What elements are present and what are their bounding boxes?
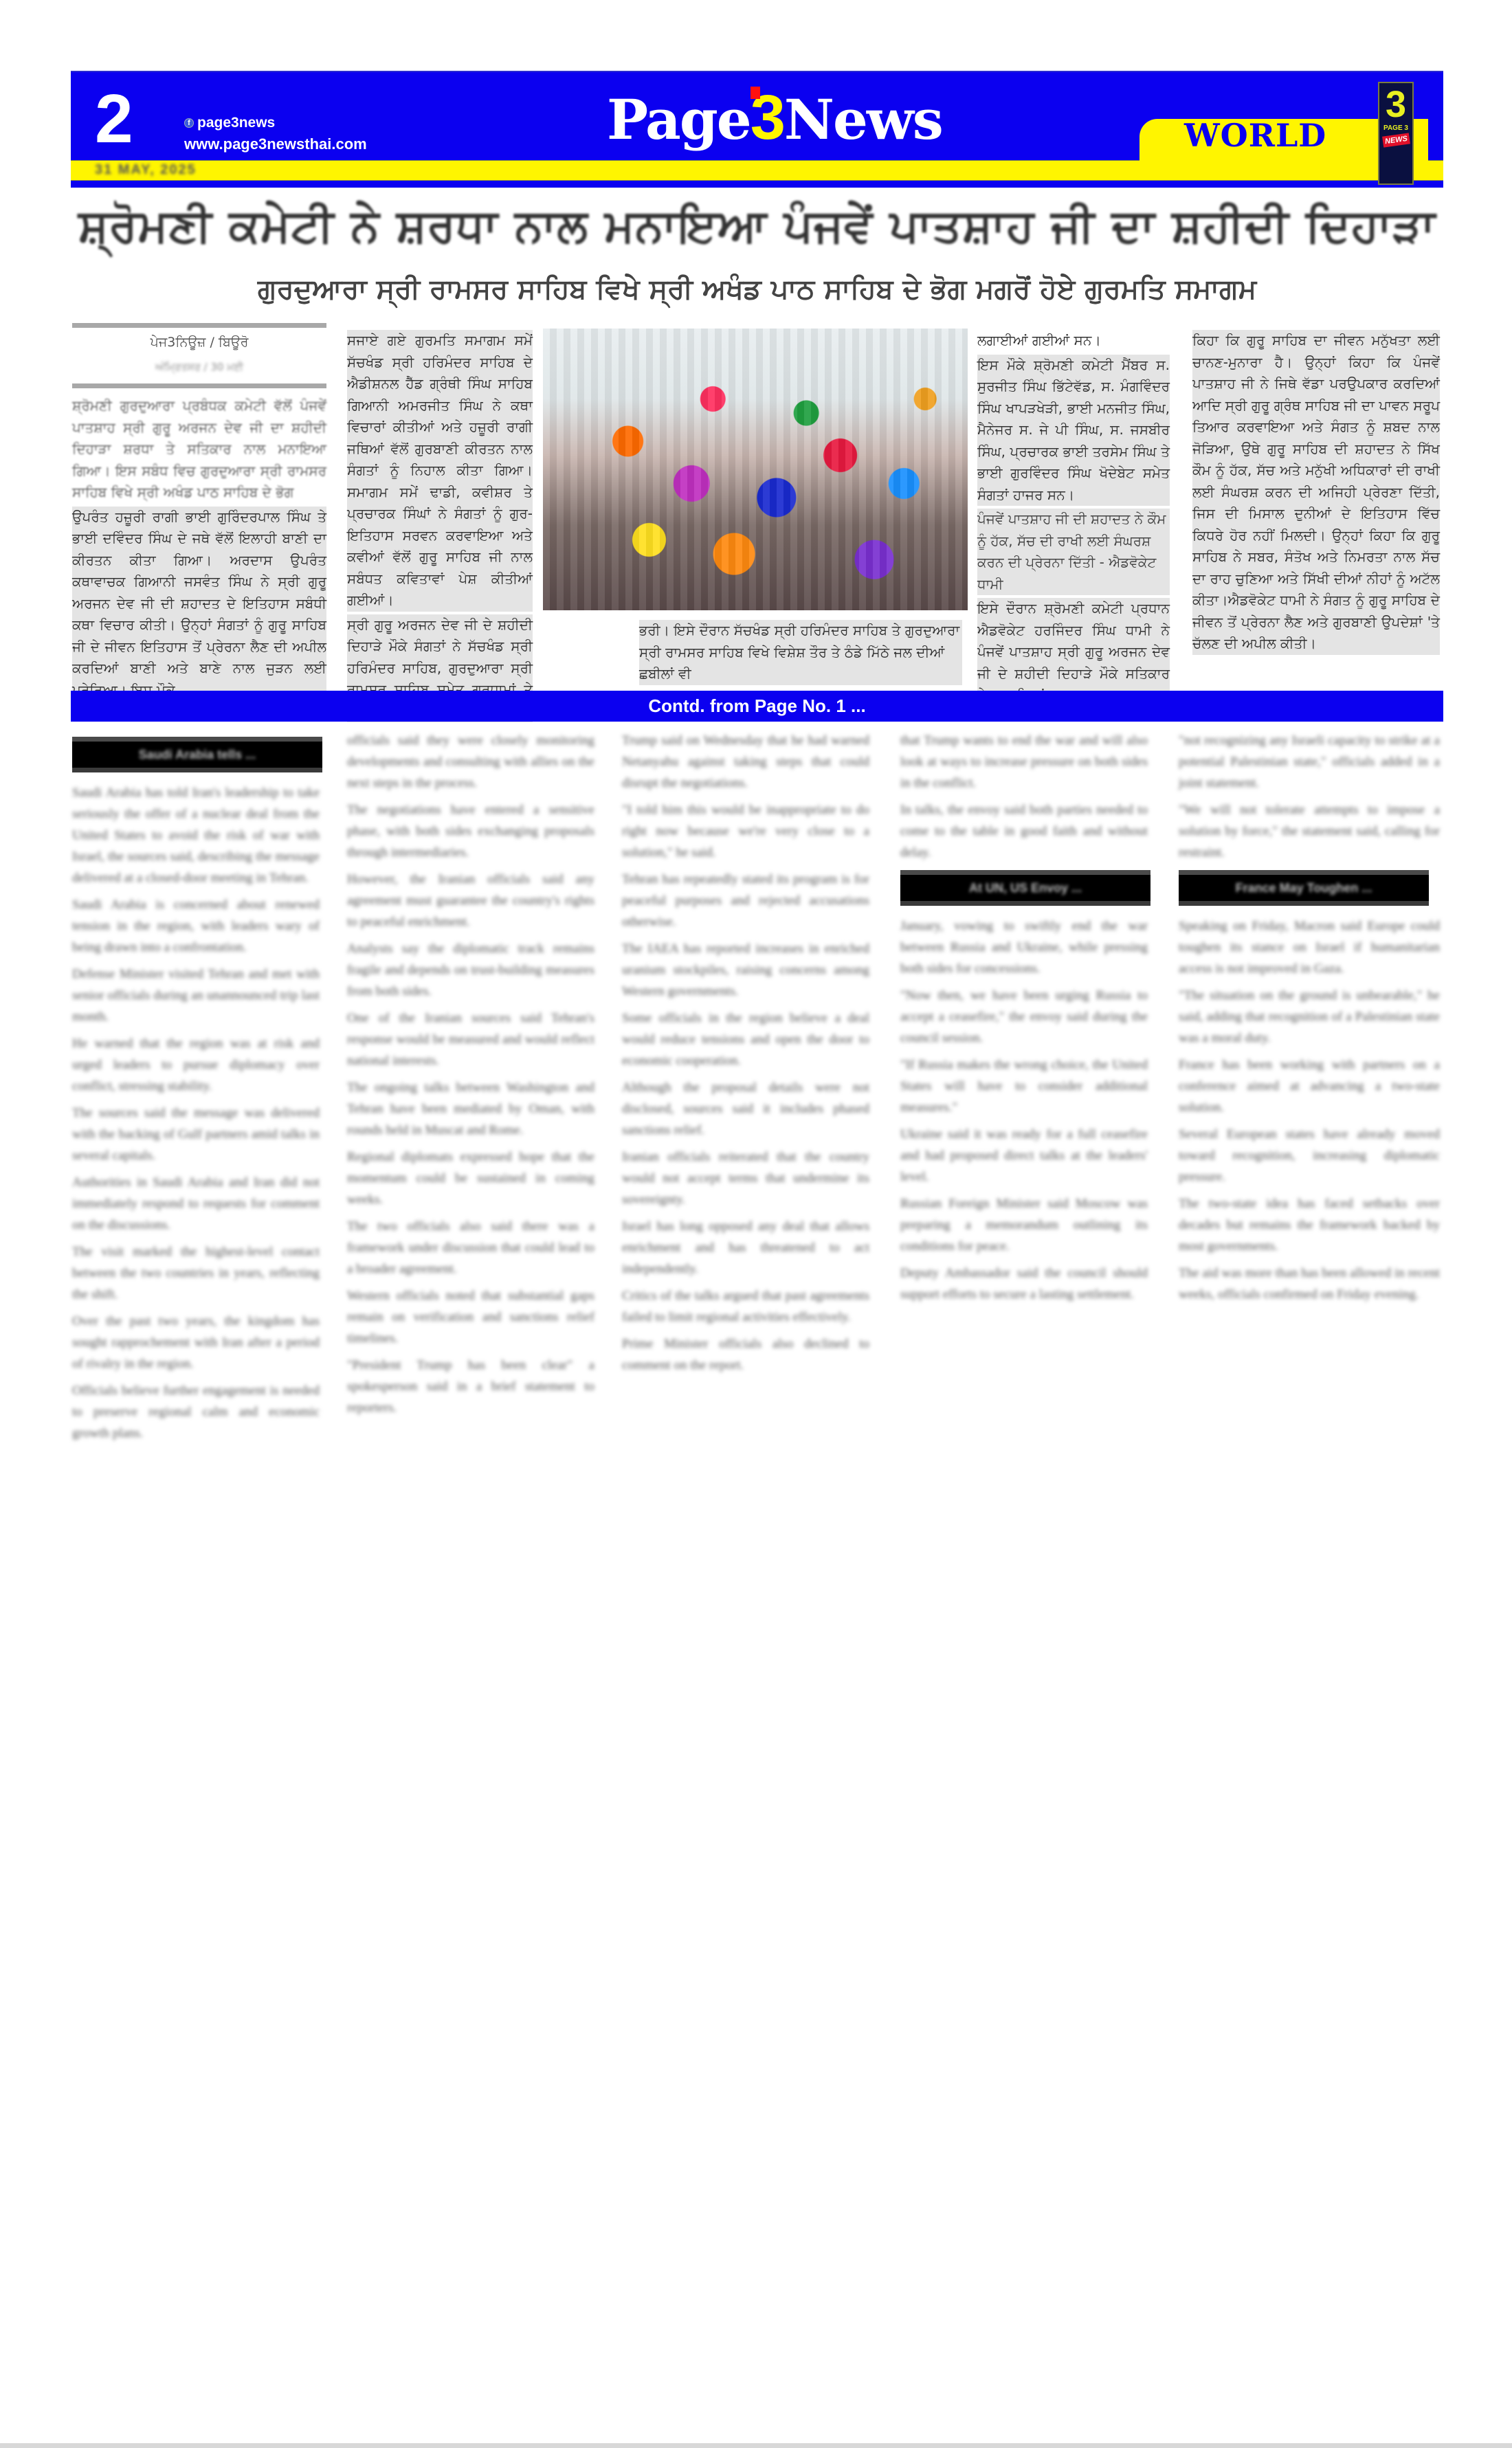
continued-from-page-1-bar: Contd. from Page No. 1 ...	[71, 691, 1443, 722]
paragraph: ਕਿਹਾ ਕਿ ਗੁਰੂ ਸਾਹਿਬ ਦਾ ਜੀਵਨ ਮਨੁੱਖਤਾ ਲਈ ਚਾ…	[1192, 330, 1440, 655]
byline: ਪੇਜ3ਨਿਊਜ਼ / ਬਿਊਰੋ	[72, 332, 326, 354]
paragraph: ਇਸ ਮੌਕੇ ਸ਼੍ਰੋਮਣੀ ਕਮੇਟੀ ਮੈਂਬਰ ਸ. ਸੁਰਜੀਤ ਸ…	[977, 355, 1170, 507]
lead-headline: ਸ਼੍ਰੋਮਣੀ ਕਮੇਟੀ ਨੇ ਸ਼ਰਧਾ ਨਾਲ ਮਨਾਇਆ ਪੰਜਵੇਂ…	[71, 199, 1443, 254]
continued-section-label: France May Toughen ...	[1179, 870, 1429, 906]
page-number: 2	[95, 85, 133, 153]
page-bottom-rule	[0, 2443, 1512, 2448]
lead-subheadline: ਗੁਰਦੁਆਰਾ ਸ੍ਰੀ ਰਾਮਸਰ ਸਾਹਿਬ ਵਿਖੇ ਸ੍ਰੀ ਅਖੰਡ…	[71, 274, 1443, 305]
paragraph: ਇਸੇ ਦੌਰਾਨ ਸ਼੍ਰੋਮਣੀ ਕਮੇਟੀ ਪ੍ਰਧਾਨ ਐਡਵੋਕੇਟ …	[977, 598, 1170, 706]
section-title: WORLD	[1184, 117, 1326, 154]
byline-box: ਪੇਜ3ਨਿਊਜ਼ / ਬਿਊਰੋ ਅੰਮ੍ਰਿਤਸਰ / 30 ਮਈ	[72, 323, 326, 388]
lead-column-1: ਪੇਜ3ਨਿਊਜ਼ / ਬਿਊਰੋ ਅੰਮ੍ਰਿਤਸਰ / 30 ਮਈ ਸ਼੍ਰ…	[72, 323, 326, 704]
paragraph: ਭਰੀ। ਇਸੇ ਦੌਰਾਨ ਸੱਚਖੰਡ ਸ੍ਰੀ ਹਰਿਮੰਦਰ ਸਾਹਿਬ…	[639, 620, 962, 685]
continued-column-4: that Trump wants to end the war and will…	[900, 730, 1148, 1311]
paragraph: ਸਜਾਏ ਗਏ ਗੁਰਮਤਿ ਸਮਾਗਮ ਸਮੇਂ ਸੱਚਖੰਡ ਸ੍ਰੀ ਹਰ…	[347, 330, 533, 612]
masthead: 2 f page3news www.page3newsthai.com 31 M…	[71, 71, 1443, 188]
page3-badge-logo: 3 PAGE 3 NEWS	[1378, 82, 1414, 185]
lead-column-2: ਸਜਾਏ ਗਏ ਗੁਰਮਤਿ ਸਮਾਗਮ ਸਮੇਂ ਸੱਚਖੰਡ ਸ੍ਰੀ ਹਰ…	[347, 330, 533, 725]
website-link[interactable]: www.page3newsthai.com	[184, 135, 367, 153]
newspaper-logo: Page3News	[607, 86, 942, 149]
facebook-icon: f	[184, 118, 194, 128]
lead-column-3: ਲਗਾਈਆਂ ਗਈਆਂ ਸਨ। ਇਸ ਮੌਕੇ ਸ਼੍ਰੋਮਣੀ ਕਮੇਟੀ ਮ…	[977, 330, 1170, 709]
lead-column-4: ਕਿਹਾ ਕਿ ਗੁਰੂ ਸਾਹਿਬ ਦਾ ਜੀਵਨ ਮਨੁੱਖਤਾ ਲਈ ਚਾ…	[1192, 330, 1440, 658]
issue-date: 31 MAY, 2025	[95, 162, 197, 178]
continued-column-3: Trump said on Wednesday that he had warn…	[622, 730, 869, 1381]
continued-column-1: Saudi Arabia tells ... Saudi Arabia has …	[72, 730, 320, 1449]
facebook-handle: page3news	[197, 115, 275, 131]
quote-subhead: ਪੰਜਵੇਂ ਪਾਤਸ਼ਾਹ ਜੀ ਦੀ ਸ਼ਹਾਦਤ ਨੇ ਕੌਮ ਨੂੰ ਹ…	[977, 509, 1170, 595]
paragraph: ਲਗਾਈਆਂ ਗਈਆਂ ਸਨ।	[977, 330, 1170, 352]
continued-section-label: Saudi Arabia tells ...	[72, 737, 322, 772]
facebook-link[interactable]: f page3news	[184, 115, 275, 131]
photo-adjacent-text: ਭਰੀ। ਇਸੇ ਦੌਰਾਨ ਸੱਚਖੰਡ ਸ੍ਰੀ ਹਰਿਮੰਦਰ ਸਾਹਿਬ…	[639, 620, 962, 688]
paragraph: ਸ਼੍ਰੋਮਣੀ ਗੁਰਦੁਆਰਾ ਪ੍ਰਬੰਧਕ ਕਮੇਟੀ ਵੱਲੋਂ ਪੰ…	[72, 395, 326, 504]
dateline: ਅੰਮ੍ਰਿਤਸਰ / 30 ਮਈ	[72, 357, 326, 379]
continued-column-5: "not recognizing any Israeli capacity to…	[1179, 730, 1440, 1311]
lead-photo-sangat-gathering	[543, 329, 968, 610]
continued-column-2: officials said they were closely monitor…	[347, 730, 594, 1424]
paragraph: ਉਪਰੰਤ ਹਜ਼ੂਰੀ ਰਾਗੀ ਭਾਈ ਗੁਰਿੰਦਰਪਾਲ ਸਿੰਘ ਤੇ…	[72, 507, 326, 702]
continued-section-label: At UN, US Envoy ...	[900, 870, 1150, 906]
masthead-yellow-band	[71, 160, 1443, 181]
